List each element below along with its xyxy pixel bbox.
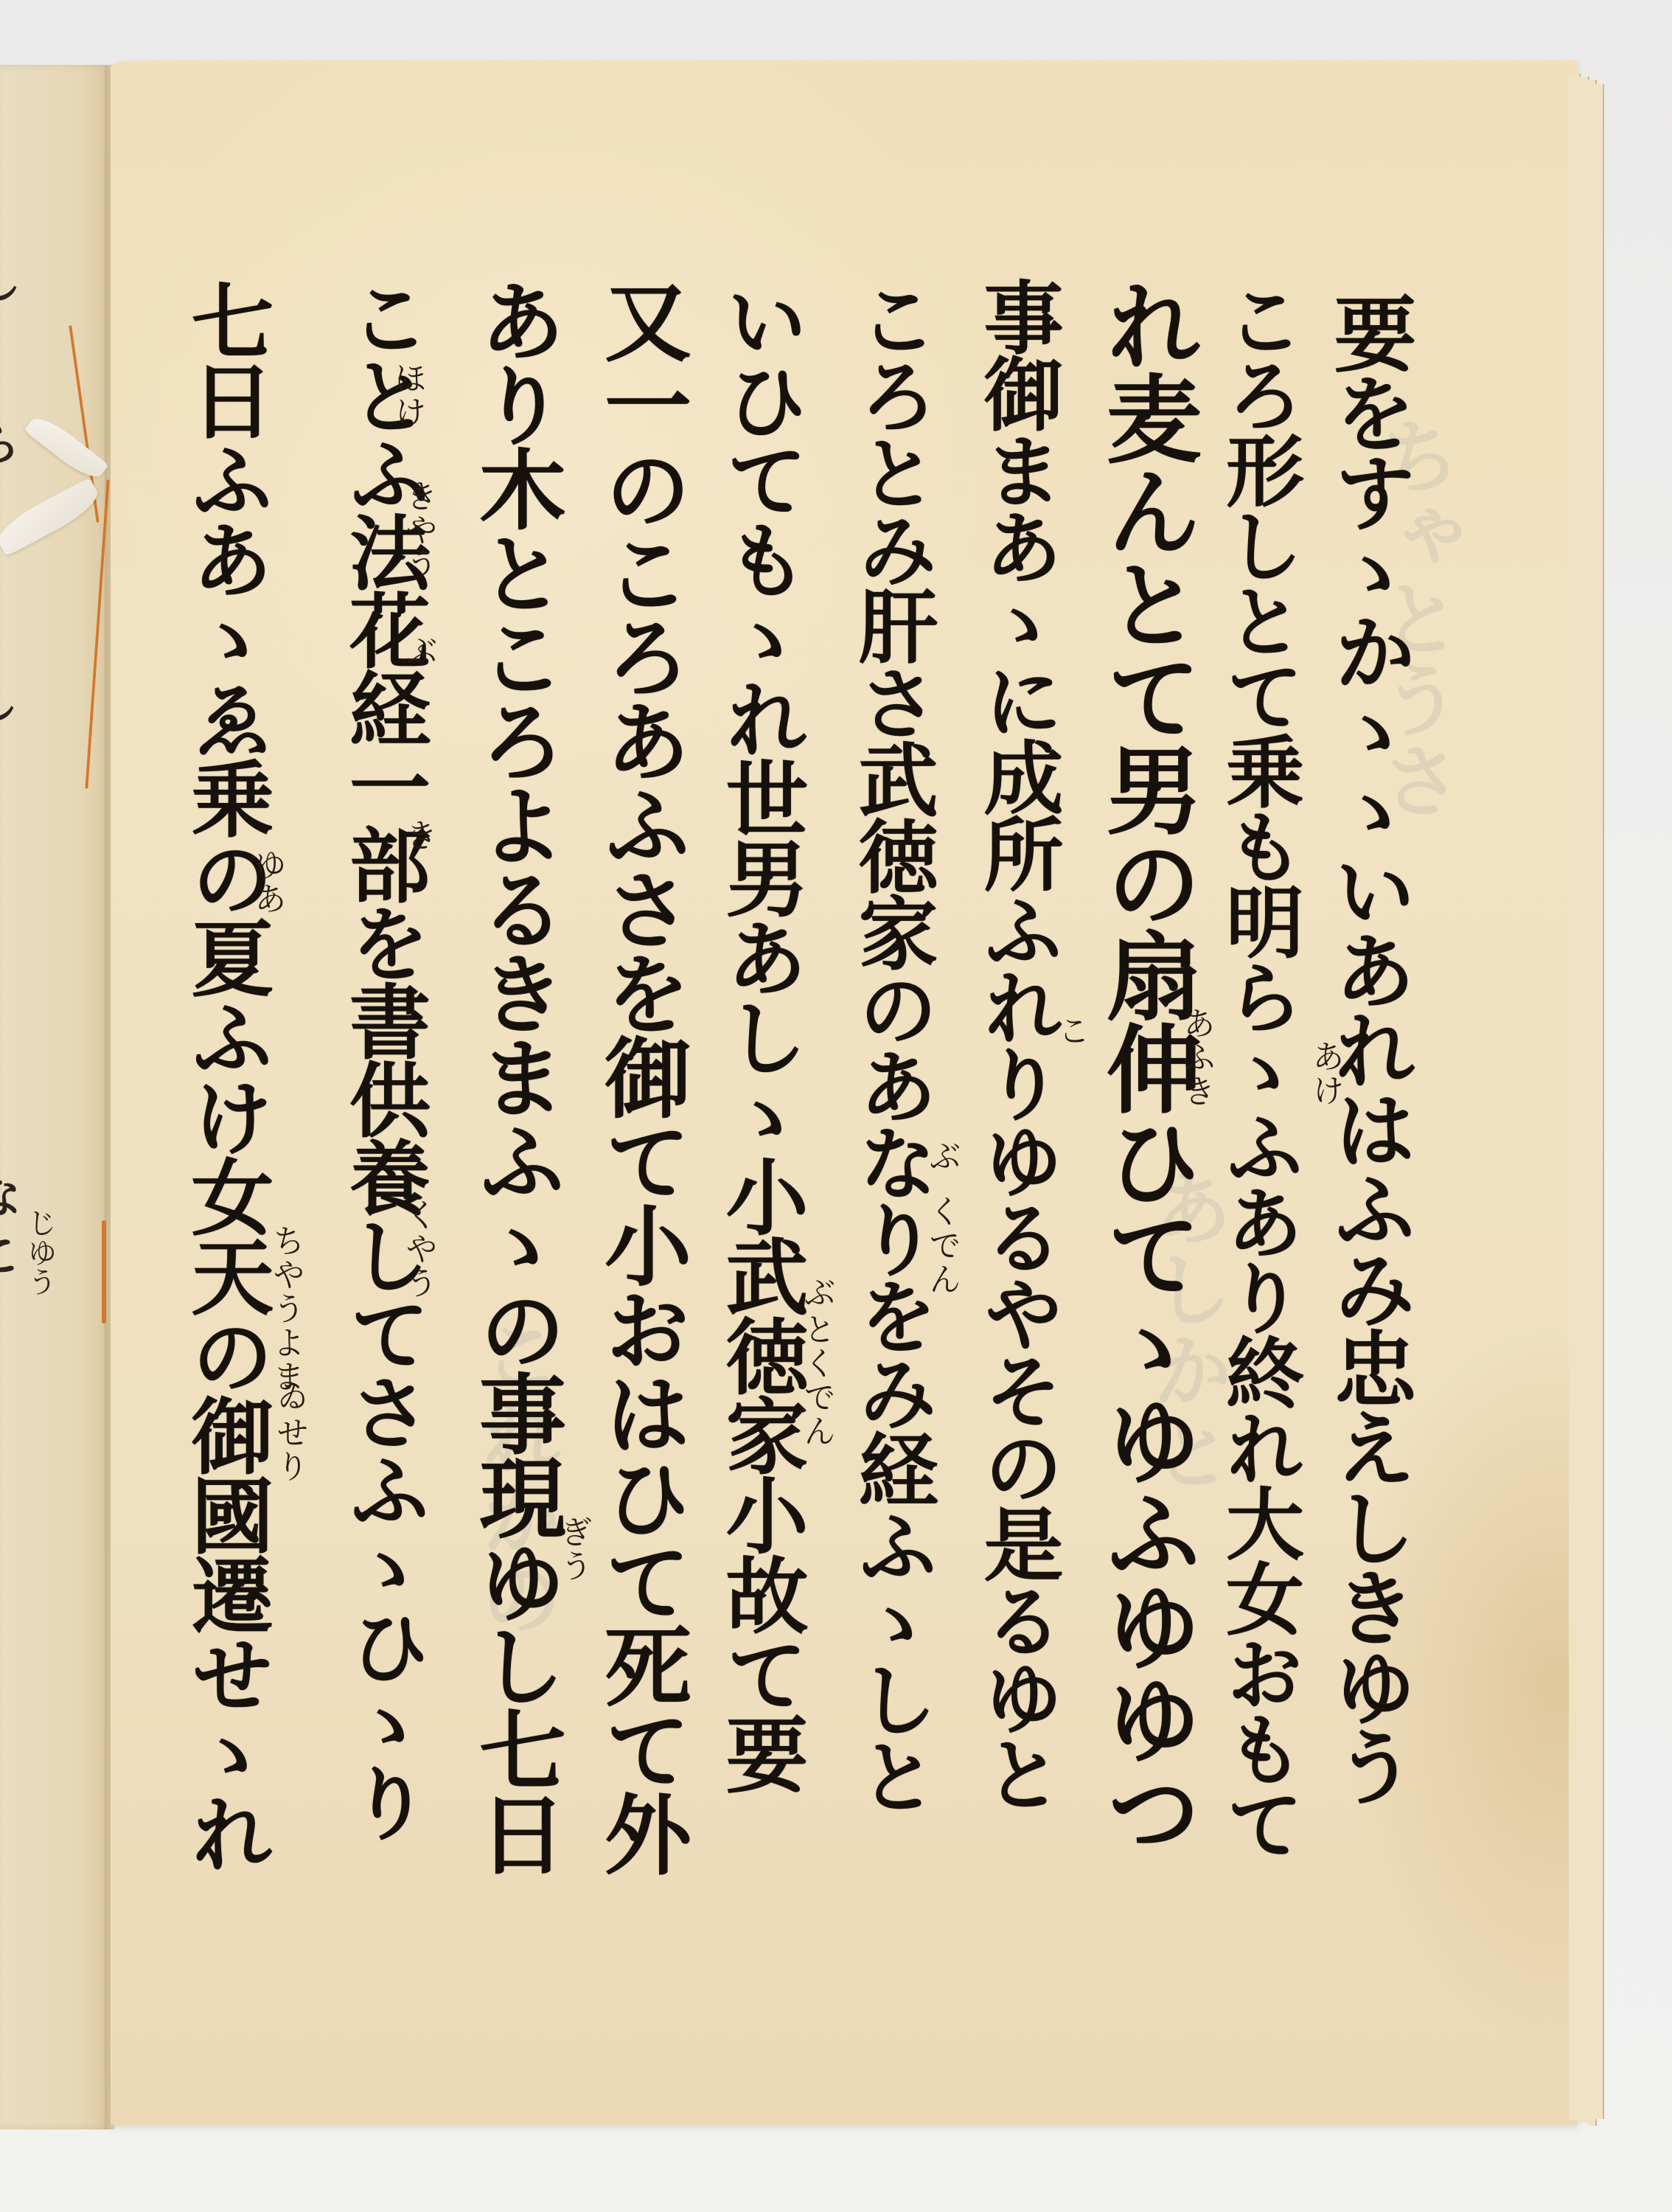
furigana: ぶ <box>925 1139 958 1173</box>
left-page-text: な <box>0 1171 18 1218</box>
furigana: とくでん <box>800 1312 832 1448</box>
furigana: あけ <box>1309 1040 1341 1107</box>
furigana: くでん <box>925 1194 958 1296</box>
text-column-8: あり木ところよるきまふゝの事現ゆし七日 <box>472 276 559 1874</box>
binding-thread-stitch <box>102 1220 106 1324</box>
text-column-2: ころ形しとて乗も明らゝふあり終れ大女おもて <box>1220 280 1298 1860</box>
text-column-10: 七日ふあゝゑ乗の夏ふけ女天の御國遷せゝれ <box>184 279 267 1871</box>
text-column-6: いひてもゝれ世男あしゝ小武徳家小故て要 <box>719 279 801 1792</box>
page-stack-edge <box>1595 84 1604 2119</box>
furigana: ほけ <box>391 361 423 429</box>
manuscript-photo: し ら し な こ じゆう ちゃとうさ あしかと これかの 要をすゝかゝゝいあれ… <box>0 0 1672 2212</box>
text-column-4: 事御まあゝに成所ふれりゆるやその是るゆと <box>977 276 1056 1810</box>
furigana: きやう <box>402 479 434 581</box>
left-page-text: ら <box>0 419 16 466</box>
text-column-5: ころとみ肝さ武徳家のあなりをみ経ふゝしと <box>851 279 931 1812</box>
furigana: き <box>402 818 434 852</box>
furigana: ぎう <box>557 1515 589 1583</box>
furigana: ゐ <box>273 1379 305 1413</box>
furigana: ゆあ <box>251 848 283 916</box>
furigana: せり <box>273 1416 305 1484</box>
left-page: し ら し な こ じゆう <box>0 65 111 2129</box>
furigana: くやう <box>402 1198 434 1300</box>
left-page-furigana: じゆう <box>19 1208 61 1296</box>
furigana: ちやうよま <box>269 1224 302 1394</box>
left-page-text: し <box>0 677 15 724</box>
furigana: あふき <box>1180 1006 1212 1108</box>
text-column-7: 又一のころあふさを御て小おはひて死て外 <box>597 276 684 1874</box>
left-page-text: し <box>0 257 18 304</box>
furigana: こ <box>1054 1014 1087 1048</box>
furigana: ぶ <box>800 1276 832 1310</box>
left-page-text: こ <box>0 1230 18 1277</box>
furigana: ぶ <box>402 634 434 668</box>
